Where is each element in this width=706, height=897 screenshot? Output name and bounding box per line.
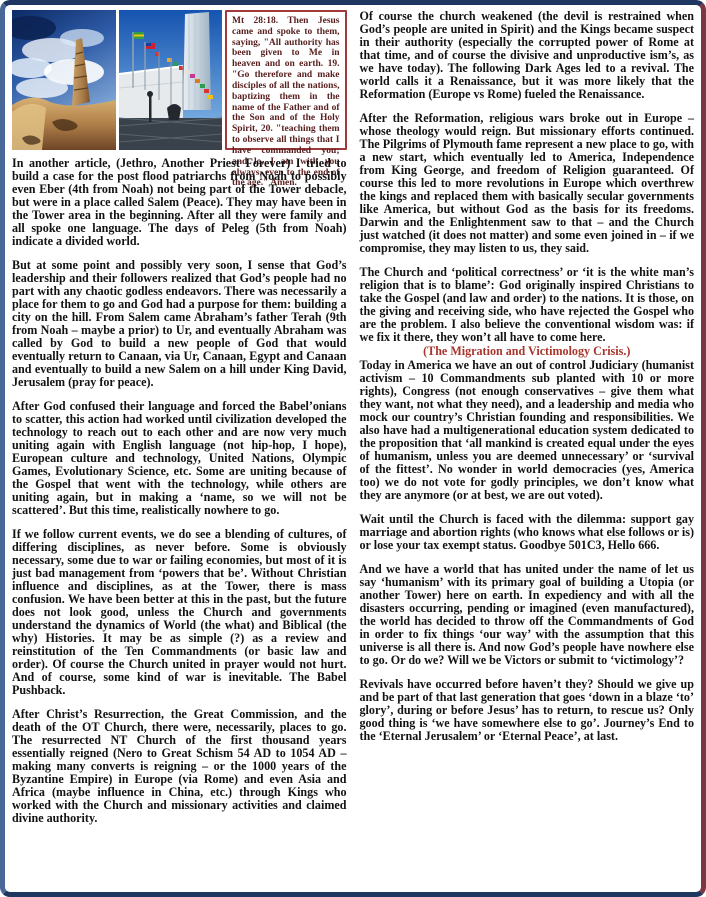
right-paragraph-1: Of course the church weakened (the devil… (360, 10, 695, 101)
right-paragraph-5: Wait until the Church is faced with the … (360, 513, 695, 552)
right-paragraph-2: After the Reformation, religious wars br… (360, 112, 695, 255)
two-column-layout: Mt 28:18. Then Jesus came and spoke to t… (12, 10, 694, 888)
un-flags-illustration (119, 10, 222, 150)
scripture-quote-box: Mt 28:18. Then Jesus came and spoke to t… (225, 10, 347, 150)
tower-of-babel-illustration (12, 10, 116, 150)
article-page: Mt 28:18. Then Jesus came and spoke to t… (0, 0, 706, 897)
left-paragraph-1: In another article, (Jethro, Another Pri… (12, 157, 347, 248)
left-paragraph-3: After God confused their language and fo… (12, 400, 347, 517)
right-paragraph-3: The Church and ‘political correctness’ o… (360, 266, 695, 344)
tower-of-babel-image (12, 10, 116, 150)
right-column: Of course the church weakened (the devil… (360, 10, 695, 888)
right-paragraph-6: And we have a world that has united unde… (360, 563, 695, 667)
un-building-image (119, 10, 222, 150)
migration-victimology-heading: (The Migration and Victimology Crisis.) (360, 345, 695, 358)
right-paragraph-7: Revivals have occurred before haven’t th… (360, 678, 695, 743)
left-paragraph-4: If we follow current events, we do see a… (12, 528, 347, 697)
header-media-row: Mt 28:18. Then Jesus came and spoke to t… (12, 10, 347, 150)
left-paragraph-2: But at some point and possibly very soon… (12, 259, 347, 389)
left-paragraph-5: After Christ’s Resurrection, the Great C… (12, 708, 347, 825)
right-paragraph-4: Today in America we have an out of contr… (360, 359, 695, 502)
left-column: Mt 28:18. Then Jesus came and spoke to t… (12, 10, 347, 888)
